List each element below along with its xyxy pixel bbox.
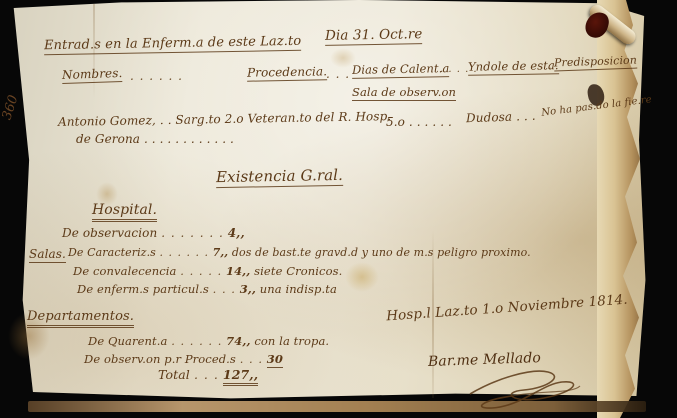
leader-dots: . . . . . . . [161,226,224,240]
leader-dots: . . . . . . [160,246,209,259]
row-value: 7,, [213,246,229,259]
column-header-nombres: Nombres. [62,66,123,82]
entry-name-line2: de Gerona . . . . . . . . . . . . [76,132,234,146]
hospital-row: De Caracteriz.s . . . . . . 7,, dos de b… [68,246,531,259]
column-header-sala-observacion: Sala de observ.on [352,85,456,99]
row-label: De Quarent.a [88,334,167,348]
leader-dots: . . . [240,352,263,366]
total-row: Total . . . 127,, [158,367,258,382]
row-note: siete Cronicos. [254,264,342,278]
row-note: una indisp.ta [260,282,337,296]
register-title: Entrad.s en la Enferm.a de este Laz.to [44,34,301,53]
entry-indole-value: Dudosa . . . [466,109,536,125]
row-value: 74,, [226,334,250,348]
row-note: dos de bast.te gravd.d y uno de m.s peli… [232,246,531,259]
row-label: De observ.on p.r Proced.s [84,352,236,366]
row-label: Total [158,367,190,382]
leader-dots: . . [540,61,553,72]
row-value: 127,, [223,367,258,386]
hospital-row: De convalecencia . . . . . 14,, siete Cr… [73,264,342,278]
row-value: 30 [267,352,283,368]
document-photo: { "page": { "margin_number": "360", "hea… [0,0,677,418]
column-header-dias-calentura: Dias de Calent.a [352,61,450,77]
departamentos-row: De Quarent.a . . . . . . 74,, con la tro… [88,334,329,348]
row-label: De enferm.s particul.s [77,282,209,296]
leader-dots: . . . [194,367,219,382]
departamentos-heading: Departamentos. [27,309,134,324]
margin-number: 360 [0,93,22,122]
row-value: 14,, [226,264,250,278]
hospital-heading: Hospital. [92,202,157,218]
date-heading: Dia 31. Oct.re [325,26,423,44]
departamentos-row: De observ.on p.r Proced.s . . . 30 [84,352,283,366]
row-note: con la tropa. [254,334,329,348]
leader-dots: . . . . . . [171,334,222,348]
row-label: De convalecencia [73,264,177,278]
leader-dots: . . . . . [180,264,222,278]
row-value: 3,, [240,282,256,296]
existencia-heading: Existencia G.ral. [216,166,343,186]
column-header-predisposicion: Predisposicion [554,54,637,70]
signature-rubric [452,360,592,412]
row-label: De Caracteriz.s [68,246,156,259]
leader-dots: . . . [213,282,236,296]
hospital-row: De enferm.s particul.s . . . 3,, una ind… [77,282,337,296]
leader-dots: . . . . . . [130,69,183,83]
row-label: De observacion [62,226,157,240]
entry-dias-value: 5.o . . . . . . [386,115,452,129]
salas-label: Salas. [29,247,66,261]
row-value: 4,, [228,226,245,240]
leader-dots: . . . [326,67,350,81]
hospital-row: De observacion . . . . . . . 4,, [62,226,245,240]
column-header-procedencia: Procedencia. [247,64,327,79]
